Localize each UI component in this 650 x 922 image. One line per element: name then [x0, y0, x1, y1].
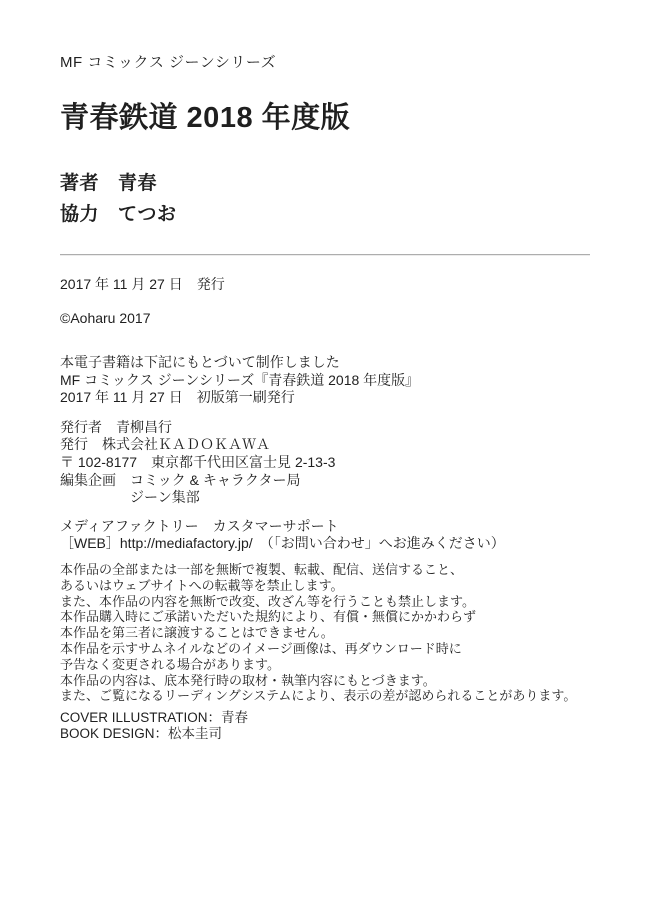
series-label: MF コミックス ジーンシリーズ — [60, 52, 592, 74]
customer-support-title: メディアファクトリー カスタマーサポート — [60, 518, 592, 536]
web-suffix-note: （「お問い合わせ」へお進みください） — [253, 535, 505, 551]
book-design-credit: BOOK DESIGN：松本圭司 — [60, 726, 592, 742]
source-note-line: MF コミックス ジーンシリーズ『青春鉄道 2018 年度版』 — [60, 372, 592, 390]
source-note-line: 本電子書籍は下記にもとづいて制作しました — [60, 354, 592, 372]
publisher-address-line: 〒 102-8177 東京都千代田区富士見 2-13-3 — [60, 454, 592, 472]
legal-line: 予告なく変更される場合があります。 — [60, 657, 592, 673]
legal-line: 本作品購入時にご承諾いただいた規約により、有償・無償にかかわらず — [60, 609, 592, 625]
colophon-page: MF コミックス ジーンシリーズ 青春鉄道 2018 年度版 著者青春 協力てつ… — [0, 0, 650, 922]
publisher-issuer-line: 発行者 青柳昌行 — [60, 419, 592, 437]
design-credits-block: COVER ILLUSTRATION：青春 BOOK DESIGN：松本圭司 — [60, 710, 592, 742]
publisher-editorial-dept-line: ジーン集部 — [60, 489, 592, 507]
support-url-link[interactable]: http://mediafactory.jp/ — [120, 535, 253, 551]
cooperation-name: てつお — [118, 204, 177, 225]
legal-line: 本作品を第三者に譲渡することはできません。 — [60, 625, 592, 641]
legal-line: また、本作品の内容を無断で改変、改ざん等を行うことも禁止します。 — [60, 594, 592, 610]
legal-line: 本作品を示すサムネイルなどのイメージ画像は、再ダウンロード時に — [60, 641, 592, 657]
legal-line: 本作品の全部または一部を無断で複製、転載、配信、送信すること、 — [60, 562, 592, 578]
source-note-block: 本電子書籍は下記にもとづいて制作しました MF コミックス ジーンシリーズ『青春… — [60, 354, 592, 407]
customer-support-block: メディアファクトリー カスタマーサポート ［WEB］http://mediafa… — [60, 518, 592, 553]
cover-illustration-credit: COVER ILLUSTRATION：青春 — [60, 710, 592, 726]
credits-block: 著者青春 協力てつお — [60, 168, 592, 230]
author-role-label: 著者 — [60, 168, 99, 199]
book-title: 青春鉄道 2018 年度版 — [60, 98, 592, 138]
section-divider — [60, 254, 590, 256]
copyright-line: ©Aoharu 2017 — [60, 308, 592, 328]
publisher-block: 発行者 青柳昌行 発行 株式会社ＫＡＤＯＫＡＷＡ 〒 102-8177 東京都千… — [60, 419, 592, 507]
cooperation-credit-line: 協力てつお — [60, 199, 592, 230]
cooperation-role-label: 協力 — [60, 199, 99, 230]
web-label: ［WEB］ — [60, 535, 120, 551]
publisher-company-line: 発行 株式会社ＫＡＤＯＫＡＷＡ — [60, 436, 592, 454]
legal-notice-block: 本作品の全部または一部を無断で複製、転載、配信、送信すること、 あるいはウェブサ… — [60, 562, 592, 704]
legal-line: あるいはウェブサイトへの転載等を禁止します。 — [60, 578, 592, 594]
legal-line: 本作品の内容は、底本発行時の取材・執筆内容にもとづきます。 — [60, 673, 592, 689]
publisher-editorial-line: 編集企画 コミック & キャラクター局 — [60, 472, 592, 490]
author-name: 青春 — [118, 173, 157, 194]
legal-line: また、ご覧になるリーディングシステムにより、表示の差が認められることがあります。 — [60, 688, 592, 704]
publication-date-line: 2017 年 11 月 27 日 発行 — [60, 274, 592, 294]
author-credit-line: 著者青春 — [60, 168, 592, 199]
customer-support-web-line: ［WEB］http://mediafactory.jp/ （「お問い合わせ」へお… — [60, 535, 592, 553]
source-note-line: 2017 年 11 月 27 日 初版第一刷発行 — [60, 389, 592, 407]
